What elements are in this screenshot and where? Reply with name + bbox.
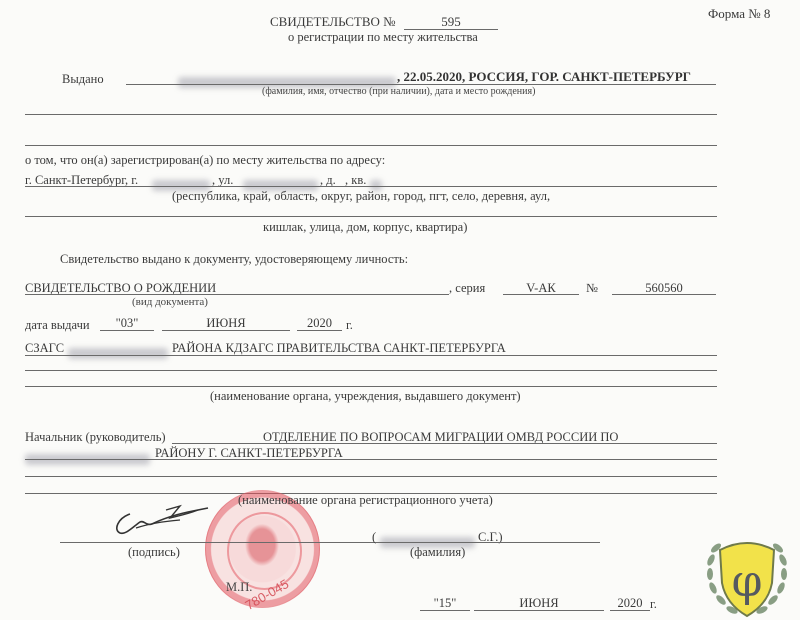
issued-to-label: Выдано <box>62 72 104 87</box>
identity-doc-number-line <box>612 294 716 295</box>
issuer-line-1 <box>25 355 717 356</box>
sign-day: "15" <box>420 596 470 611</box>
issuer-line-2 <box>25 370 717 371</box>
issue-year: 2020 <box>297 316 342 331</box>
address-line-2 <box>25 216 717 217</box>
address-intro: о том, что он(а) зарегистрирован(а) по м… <box>25 153 385 168</box>
issue-month-line <box>162 330 290 331</box>
issue-year-suffix: г. <box>346 318 353 333</box>
authority-label: Начальник (руководитель) <box>25 430 166 445</box>
blank-line-2 <box>25 145 717 146</box>
certificate-subtitle: о регистрации по месту жительства <box>288 30 478 45</box>
issuer-name: РАЙОНА КДЗАГС ПРАВИТЕЛЬСТВА САНКТ-ПЕТЕРБ… <box>172 341 506 356</box>
sign-day-line <box>420 610 470 611</box>
svg-text:φ: φ <box>732 556 763 607</box>
authority-underline-1 <box>172 443 717 444</box>
sign-year-suffix: г. <box>650 597 657 612</box>
signature-caption: (подпись) <box>128 545 180 560</box>
identity-doc-type-line <box>25 294 449 295</box>
sign-year: 2020 <box>610 596 650 611</box>
address-caption-1: (республика, край, область, округ, район… <box>172 189 550 204</box>
address-line-1 <box>25 186 717 187</box>
phi-laurel-shield-icon: φ <box>702 528 792 620</box>
blank-line-1 <box>25 114 717 115</box>
certificate-title: СВИДЕТЕЛЬСТВО № <box>270 14 396 30</box>
identity-doc-number-label: № <box>586 281 598 296</box>
identity-doc-series-line <box>503 294 579 295</box>
issue-year-line <box>297 330 342 331</box>
identity-doc-series-label: , серия <box>449 281 485 296</box>
signature-line <box>60 542 375 543</box>
sign-month: ИЮНЯ <box>474 596 604 611</box>
sign-month-line <box>474 610 604 611</box>
sign-year-line <box>610 610 650 611</box>
identity-doc-intro: Свидетельство выдано к документу, удосто… <box>60 252 408 267</box>
issuer-prefix: СЗАГС <box>25 341 64 356</box>
form-number: Форма № 8 <box>708 6 770 22</box>
surname-line <box>375 542 600 543</box>
authority-underline-2 <box>25 459 717 460</box>
stamp-place-label: М.П. <box>226 580 252 595</box>
issuer-caption: (наименование органа, учреждения, выдавш… <box>210 389 521 404</box>
authority-underline-3 <box>25 476 717 477</box>
issued-to-value: , 22.05.2020, РОССИЯ, ГОР. САНКТ-ПЕТЕРБУ… <box>397 69 691 85</box>
identity-doc-type-caption: (вид документа) <box>132 296 208 308</box>
double-headed-eagle-icon <box>242 520 282 570</box>
authority-caption: (наименование органа регистрационного уч… <box>238 493 493 508</box>
address-caption-2: кишлак, улица, дом, корпус, квартира) <box>263 220 467 235</box>
issuer-district-redacted <box>68 344 168 362</box>
surname-caption: (фамилия) <box>410 545 465 560</box>
issued-to-caption: (фамилия, имя, отчество (при наличии), д… <box>262 86 535 97</box>
issue-day-line <box>100 330 154 331</box>
handwritten-signature-icon <box>108 500 218 540</box>
issue-day: "03" <box>100 316 154 331</box>
issue-date-label: дата выдачи <box>25 318 90 333</box>
issuer-line-3 <box>25 386 717 387</box>
issued-to-line <box>126 84 716 85</box>
issue-month: ИЮНЯ <box>162 316 290 331</box>
certificate-number: 595 <box>404 14 498 30</box>
